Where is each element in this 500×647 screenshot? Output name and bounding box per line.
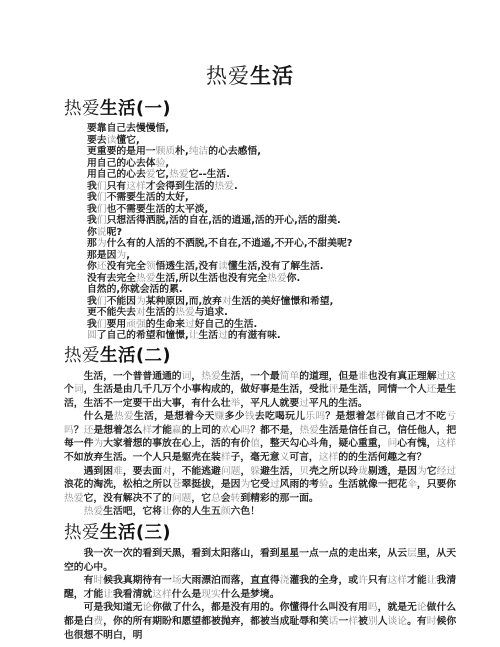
- substituted-glyph: 论: [142, 602, 152, 613]
- substituted-glyph: 领: [146, 261, 156, 272]
- substituted-glyph: 还: [427, 384, 437, 395]
- substituted-glyph: 们: [97, 215, 107, 226]
- substituted-glyph: 热爱: [214, 181, 234, 192]
- substituted-glyph: 为: [116, 250, 126, 261]
- substituted-glyph: 过: [270, 479, 280, 490]
- substituted-glyph: 说: [97, 227, 107, 238]
- substituted-glyph: 对: [222, 296, 232, 307]
- substituted-glyph: 为: [93, 438, 103, 449]
- substituted-glyph: 躲: [250, 466, 260, 477]
- substituted-glyph: 验: [156, 158, 166, 169]
- substituted-glyph: 谁: [358, 371, 368, 382]
- substituted-glyph: 热爱: [64, 493, 84, 504]
- substituted-glyph: 还: [84, 425, 94, 436]
- substituted-glyph: 过: [218, 330, 228, 341]
- poem-line: 要靠自己去慢慢悟,: [87, 123, 456, 135]
- poem-line: 更重要的是用一颗质朴,纯洁的心去感悟,: [87, 146, 456, 158]
- substituted-glyph: 们: [97, 192, 107, 203]
- substituted-glyph: 这样: [152, 589, 172, 600]
- section-heading: 热爱生活(二): [64, 345, 456, 367]
- poem-line: 自然的,你就会活的累.: [87, 284, 456, 296]
- substituted-glyph: 吗: [241, 425, 251, 436]
- substituted-glyph: 对: [162, 466, 172, 477]
- substituted-glyph: 让: [103, 589, 113, 600]
- substituted-glyph: 这样: [436, 438, 456, 449]
- essay-section-3: 热爱生活(三)我一次一次的看到天黑，看到太阳落山，看到星星一点一点的走出来，从云…: [64, 522, 456, 642]
- poem-line: 你说呢?: [87, 227, 456, 239]
- substituted-glyph: 问: [387, 438, 397, 449]
- substituted-glyph: 颜: [221, 506, 231, 517]
- substituted-glyph: 过: [299, 398, 309, 409]
- poem-line: 你还没有完全领悟透生活,没有读懂生活,没有了解生活.: [87, 261, 456, 273]
- poem-line: 更不能失去对生活的热爱与追求.: [87, 307, 456, 319]
- substituted-glyph: 为: [97, 238, 107, 249]
- substituted-glyph: 经过: [437, 466, 457, 477]
- substituted-glyph: 吗: [368, 602, 378, 613]
- poem-line: 没有去完全热爱生活,所以生活也没有完全热爱你.: [87, 273, 456, 285]
- substituted-glyph: 义: [280, 452, 290, 463]
- substituted-glyph: 热爱: [64, 346, 100, 366]
- poem-line: 我们也不需要生活的太平淡,: [87, 204, 456, 216]
- paragraph: 有时候我真期待有一场大雨漂泊而落，直直得浇灌我的全身，或许只有这样才能让我清醒，…: [64, 574, 456, 601]
- substituted-glyph: 谈论: [388, 616, 408, 627]
- substituted-glyph: 对: [136, 307, 146, 318]
- substituted-glyph: 热爱: [84, 506, 104, 517]
- substituted-glyph: 热爱: [169, 169, 189, 180]
- paragraph: 遇到困难，要去面对，不能逃避问题，躲避生活，贝壳之所以玲珑剔透，是因为它经过浪花…: [64, 465, 456, 506]
- substituted-glyph: 总: [211, 493, 221, 504]
- substituted-glyph: 圆: [87, 330, 97, 341]
- poem-lines: 要靠自己去慢慢悟,要去读懂它,更重要的是用一颗质朴,纯洁的心去感悟,用自己的心去…: [87, 123, 456, 342]
- substituted-glyph: 这样: [126, 181, 146, 192]
- paragraph: 热爱生活吧，它将让你的人生五颜六色！: [64, 505, 456, 519]
- substituted-glyph: 词: [182, 371, 192, 382]
- substituted-glyph: 难: [113, 466, 123, 477]
- poem-line: 圆了自己的希望和憧憬,让生活过的有滋有味.: [87, 330, 456, 342]
- substituted-glyph: 热爱: [206, 64, 250, 88]
- poem-line: 我们不需要生活的太好,: [87, 192, 456, 204]
- paragraph: 可是我知道无论你做了什么，都是没有用的。你懂得什么叫没有用吗，就是无论做什么都是…: [64, 601, 456, 642]
- substituted-glyph: 热爱: [267, 273, 287, 284]
- substituted-glyph: 词: [74, 384, 84, 395]
- essay-section-1: 热爱生活(一)要靠自己去慢慢悟,要去读懂它,更重要的是用一颗质朴,纯洁的心去感悟…: [64, 98, 456, 342]
- section-heading: 热爱生活(一): [64, 98, 456, 120]
- essay-section-2: 热爱生活(二)生活，一个普普通通的词，热爱生活，一个最简单的道理，但是谁也没有真…: [64, 345, 456, 520]
- substituted-glyph: 热爱: [201, 371, 221, 382]
- substituted-glyph: 样: [221, 452, 231, 463]
- substituted-glyph: 让: [427, 575, 437, 586]
- substituted-glyph: 们: [97, 296, 107, 307]
- substituted-glyph: 们: [97, 204, 107, 215]
- substituted-glyph: 们: [97, 181, 107, 192]
- paragraph: 生活，一个普普通通的词，热爱生活，一个最简单的道理，但是谁也没有真正理解过这个词…: [64, 370, 456, 411]
- substituted-glyph: 论: [417, 602, 427, 613]
- substituted-glyph: 问题: [221, 466, 241, 477]
- poem-line: 用自己的心去体验,: [87, 158, 456, 170]
- substituted-glyph: 这样: [319, 452, 339, 463]
- substituted-glyph: 浇: [280, 575, 290, 586]
- substituted-glyph: 钱: [245, 411, 255, 422]
- substituted-glyph: 简单: [280, 371, 300, 382]
- poem-line: 我们要用顽强的生命来过好自己的生活.: [87, 319, 456, 331]
- substituted-glyph: 时: [427, 616, 437, 627]
- substituted-glyph: 举: [231, 398, 241, 409]
- paragraph-block: 生活，一个普普通通的词，热爱生活，一个最简单的道理，但是谁也没有真正理解过这个词…: [64, 370, 456, 520]
- paragraph: 什么是热爱生活，是想着今天赚多少钱去吃喝玩儿乐吗？是想着怎样做自己才不吃亏吗？还…: [64, 410, 456, 464]
- substituted-glyph: 还: [97, 261, 107, 272]
- substituted-glyph: 许: [358, 575, 368, 586]
- substituted-glyph: 热爱: [175, 307, 195, 318]
- substituted-glyph: 顽强: [126, 319, 146, 330]
- substituted-glyph: 样: [348, 616, 358, 627]
- substituted-glyph: 样: [376, 411, 386, 422]
- substituted-glyph: 热爱: [136, 273, 156, 284]
- substituted-glyph: 珑: [358, 466, 368, 477]
- substituted-glyph: 赢: [172, 425, 182, 436]
- substituted-glyph: 为: [240, 479, 250, 490]
- substituted-glyph: 让: [189, 330, 199, 341]
- substituted-glyph: 纯洁: [189, 146, 209, 157]
- substituted-glyph: 别: [368, 616, 378, 627]
- substituted-glyph: 乐吗: [305, 411, 325, 422]
- substituted-glyph: 读: [107, 135, 117, 146]
- substituted-glyph: 过这: [437, 371, 457, 382]
- document-page: 热爱生活 热爱生活(一)要靠自己去慢慢悟,要去读懂它,更重要的是用一颗质朴,纯洁…: [0, 0, 500, 647]
- substituted-glyph: 问题: [172, 493, 192, 504]
- substituted-glyph: 值: [250, 438, 260, 449]
- paragraph-block: 我一次一次的看到天黑，看到太阳落山，看到星星一点一点的走出来，从云层里，从天空的…: [64, 547, 456, 642]
- substituted-glyph: 为: [136, 296, 146, 307]
- poem-line: 那是因为,: [87, 250, 456, 262]
- substituted-glyph: 这样: [388, 575, 408, 586]
- paragraph: 我一次一次的看到天黑，看到太阳落山，看到星星一点一点的走出来，从云层里，从天空的…: [64, 547, 456, 574]
- substituted-glyph: 热爱: [64, 99, 100, 119]
- poem-line: 要去读懂它,: [87, 135, 456, 147]
- poem-line: 用自己的心去爱它,热爱它--生活.: [87, 169, 456, 181]
- substituted-glyph: 层: [407, 548, 417, 559]
- substituted-glyph: 现实: [201, 589, 221, 600]
- substituted-glyph: 赚: [215, 411, 225, 422]
- poem-line: 我们只想活得洒脱,活的自在,活的逍遥,活的开心,活的甜美.: [87, 215, 456, 227]
- substituted-glyph: 为: [417, 466, 427, 477]
- substituted-glyph: 评: [329, 384, 339, 395]
- substituted-glyph: 热爱: [299, 425, 319, 436]
- section-heading: 热爱生活(三): [64, 522, 456, 544]
- substituted-glyph: 时: [93, 575, 103, 586]
- substituted-glyph: 欢: [221, 425, 231, 436]
- substituted-glyph: 伞: [407, 479, 417, 490]
- document-body: 热爱生活(一)要靠自己去慢慢悟,要去读懂它,更重要的是用一颗质朴,纯洁的心去感悟…: [64, 98, 456, 642]
- substituted-glyph: 场: [172, 575, 182, 586]
- poem-line: 我们不能因为某种原因,而,放弃对生活的美好憧憬和希望,: [87, 296, 456, 308]
- substituted-glyph: 让: [162, 506, 172, 517]
- substituted-glyph: 爱: [146, 169, 156, 180]
- substituted-glyph: 读: [218, 261, 228, 272]
- substituted-glyph: 样: [142, 425, 152, 436]
- substituted-glyph: 转: [231, 493, 241, 504]
- substituted-glyph: 热爱: [114, 411, 134, 422]
- substituted-glyph: 过: [185, 319, 195, 330]
- substituted-glyph: 话: [329, 616, 339, 627]
- substituted-glyph: 们: [97, 319, 107, 330]
- substituted-glyph: 颗质: [156, 146, 176, 157]
- substituted-glyph: 费: [93, 616, 103, 627]
- substituted-glyph: 验: [319, 479, 329, 490]
- substituted-glyph: 苍: [172, 479, 182, 490]
- poem-line: 我们只有这样才会得到生活的热爱.: [87, 181, 456, 193]
- document-title: 热爱生活: [0, 0, 500, 90]
- poem-line: 那为什么有的人活的不洒脱,不自在,不逍遥,不开心,不甜美呢?: [87, 238, 456, 250]
- substituted-glyph: 贝: [299, 466, 309, 477]
- substituted-glyph: 热爱: [64, 523, 100, 543]
